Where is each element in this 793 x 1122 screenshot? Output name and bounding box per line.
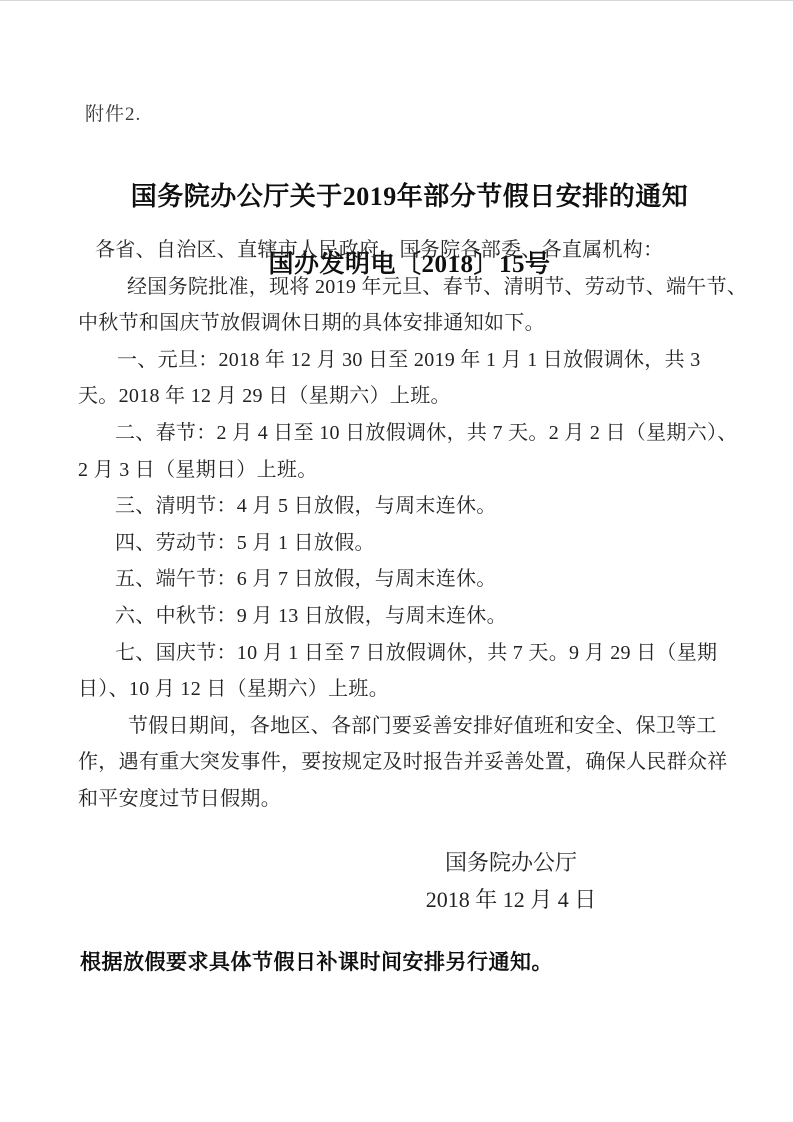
body-line-item-4: 四、劳动节：5 月 1 日放假。 [115,530,375,556]
body-line: 日）、10 月 12 日（星期六）上班。 [78,676,389,702]
body-line: 天。2018 年 12 月 29 日（星期六）上班。 [78,383,451,409]
body-line: 和平安度过节日假期。 [78,786,281,812]
body-line: 作，遇有重大突发事件，要按规定及时报告并妥善处置，确保人民群众祥 [78,749,728,775]
body-line: 中秋节和国庆节放假调休日期的具体安排通知如下。 [78,310,545,336]
body-line: 2 月 3 日（星期日）上班。 [78,457,318,483]
body-line-item-1: 一、元旦：2018 年 12 月 30 日至 2019 年 1 月 1 日放假调… [117,347,701,373]
signature-date: 2018 年 12 月 4 日 [219,887,793,913]
body-line-item-2: 二、春节：2 月 4 日至 10 日放假调休，共 7 天。2 月 2 日（星期六… [115,420,738,446]
body-line-item-3: 三、清明节：4 月 5 日放假，与周末连休。 [115,493,497,519]
body-line-item-5: 五、端午节：6 月 7 日放假，与周末连休。 [115,566,497,592]
body-line: 经国务院批准，现将 2019 年元旦、春节、清明节、劳动节、端午节、 [127,274,747,300]
attachment-label: 附件2. [85,99,141,126]
signature-organization: 国务院办公厅 [219,850,793,876]
body-line: 节假日期间，各地区、各部门要妥善安排好值班和安全、保卫等工 [128,713,717,739]
body-line-item-6: 六、中秋节：9 月 13 日放假，与周末连休。 [115,603,507,629]
document-page: 附件2. 国务院办公厅关于2019年部分节假日安排的通知 国办发明电〔2018〕… [0,0,793,1122]
body-line-item-7: 七、国庆节：10 月 1 日至 7 日放假调休，共 7 天。9 月 29 日（星… [115,640,717,666]
body-line-salutation: 各省、自治区、直辖市人民政府，国务院各部委、各直属机构： [95,237,663,263]
document-title: 国务院办公厅关于2019年部分节假日安排的通知 [26,181,793,213]
footer-note: 根据放假要求具体节假日补课时间安排另行通知。 [80,946,553,976]
